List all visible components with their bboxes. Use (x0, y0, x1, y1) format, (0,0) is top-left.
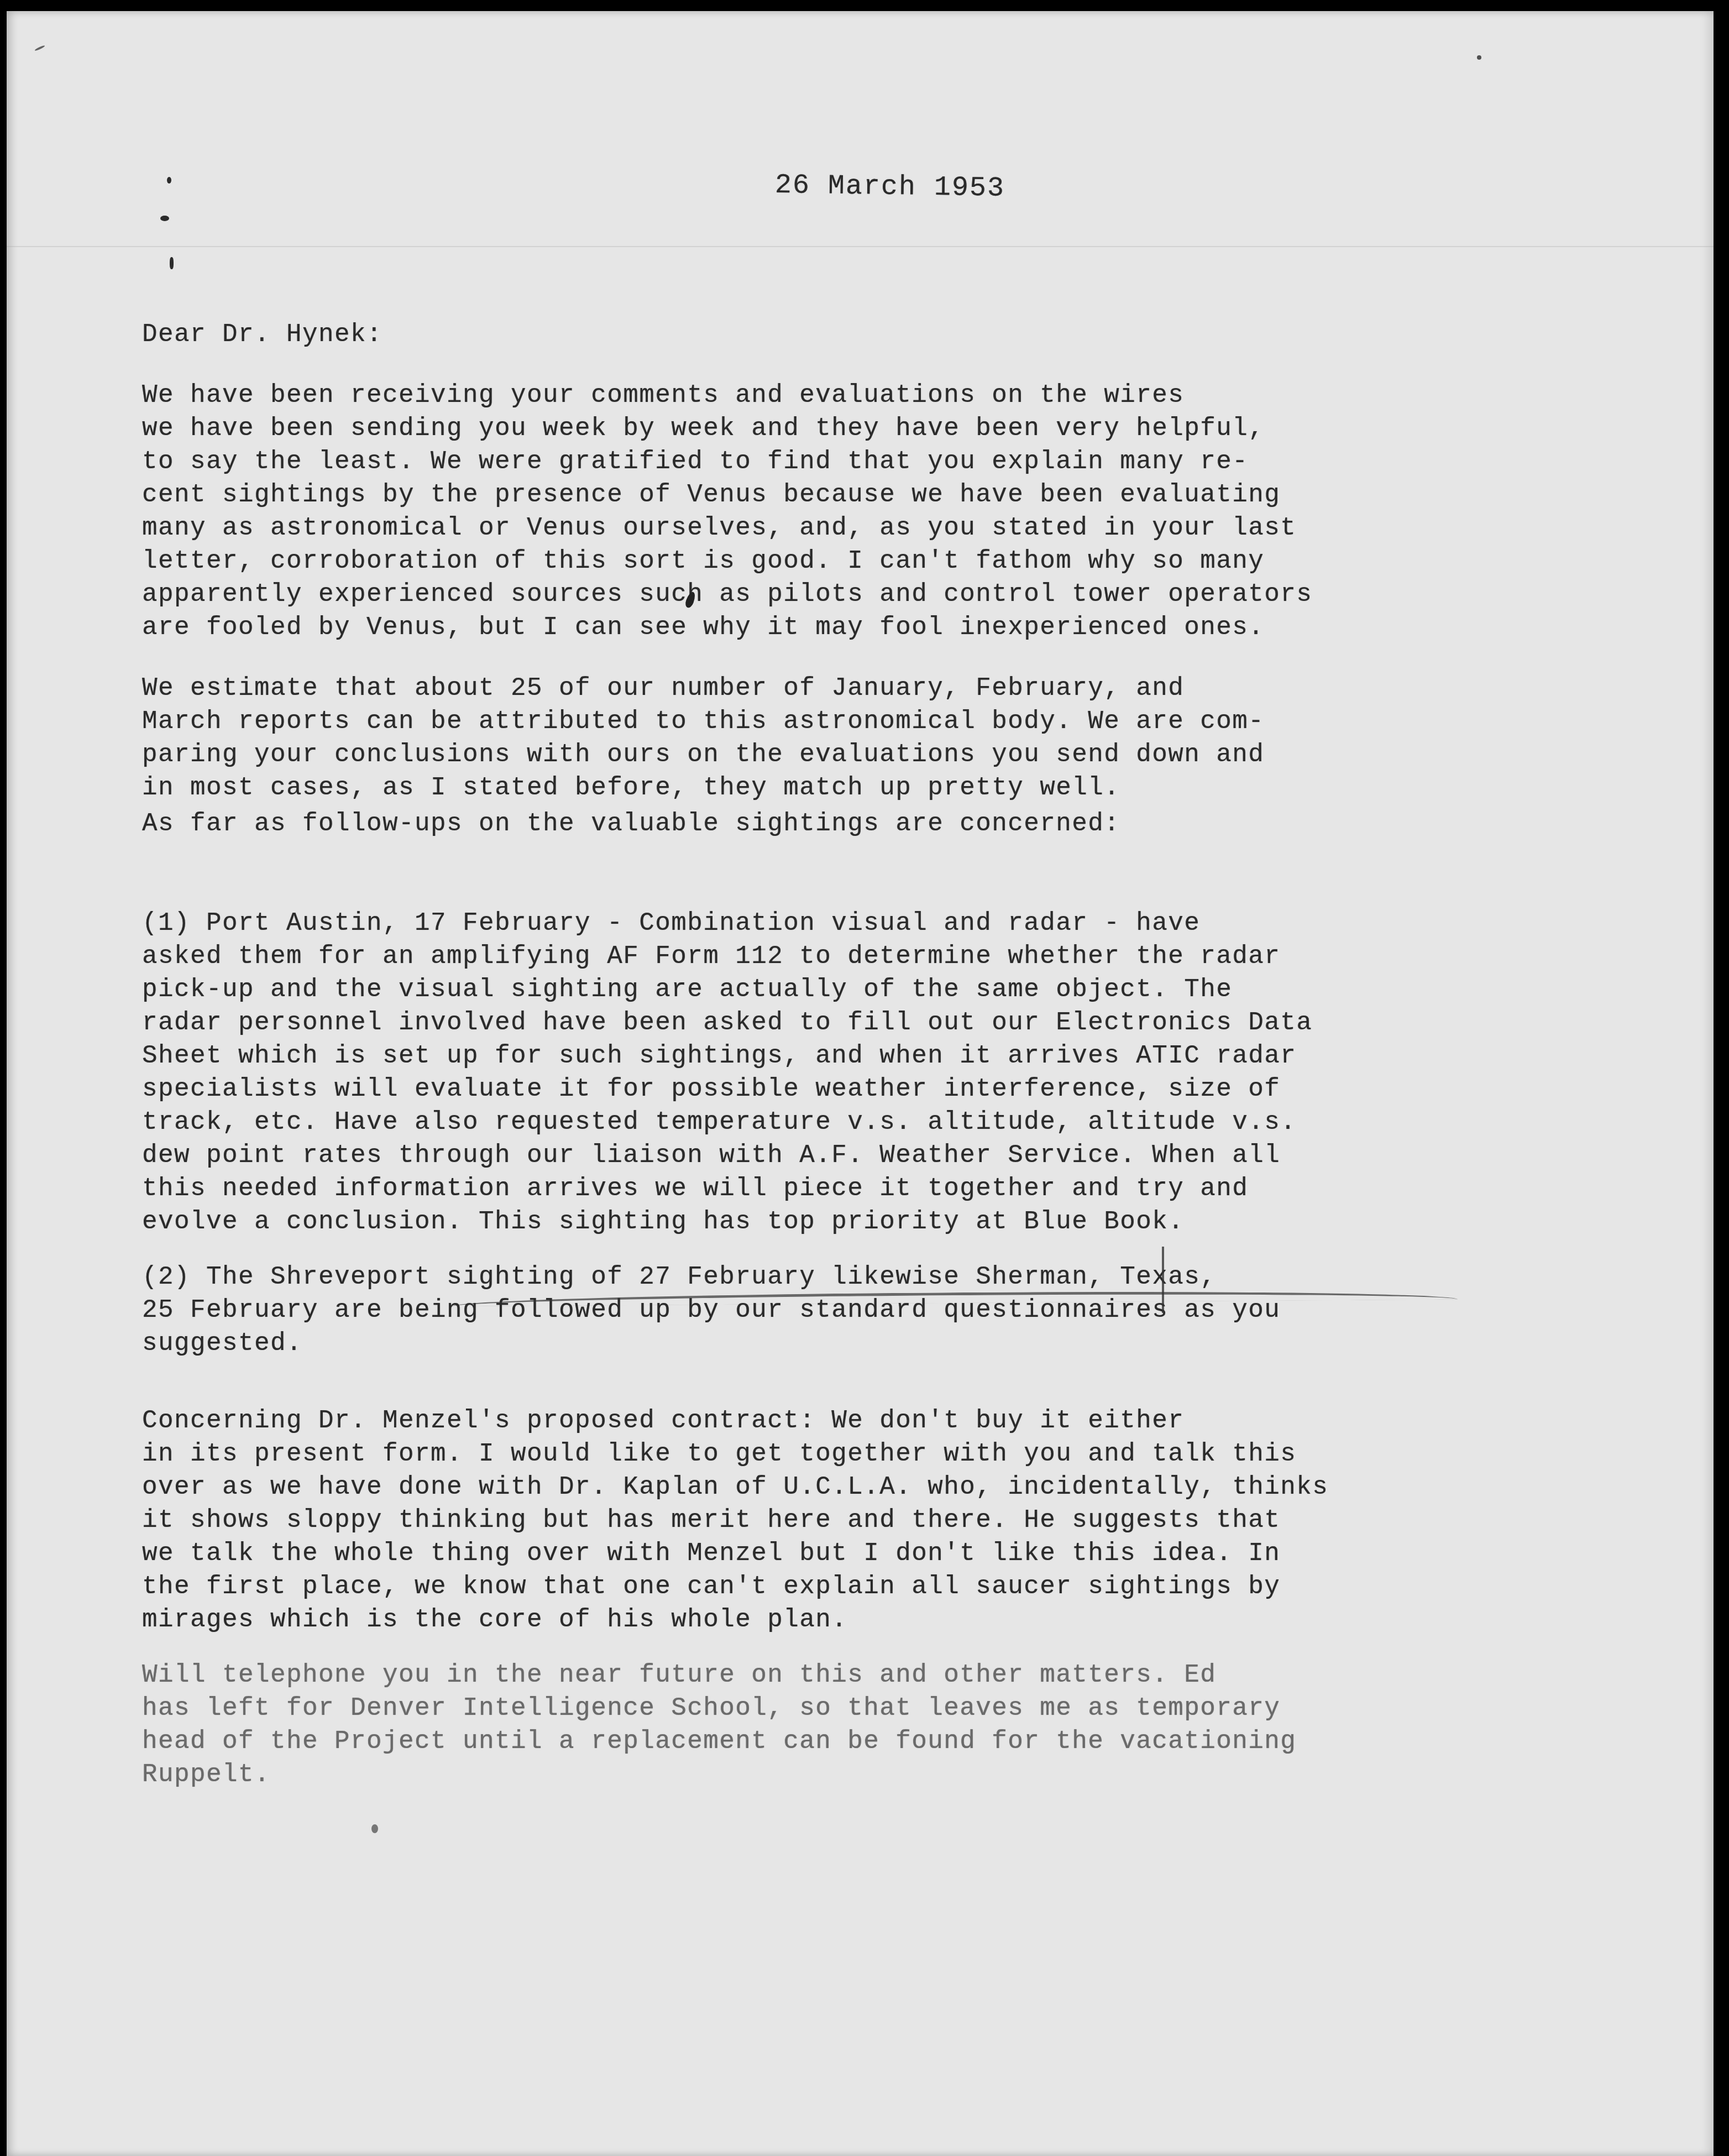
stray-ink-mark (160, 216, 169, 221)
stray-ink-mark (34, 45, 45, 51)
stray-ink-mark (167, 177, 171, 184)
letter-date: 26 March 1953 (775, 170, 1005, 205)
scanned-page: 26 March 1953 Dear Dr. Hynek: We have be… (7, 11, 1714, 2156)
paragraph-follow-ups-intro: As far as follow-ups on the valuable sig… (142, 807, 1413, 840)
handwritten-insert-mark (1162, 1247, 1164, 1313)
paragraph-estimate: We estimate that about 25 of our number … (142, 672, 1413, 804)
paragraph-closing: Will telephone you in the near future on… (142, 1658, 1413, 1791)
stray-ink-mark (170, 257, 174, 269)
paragraph-item-port-austin: (1) Port Austin, 17 February - Combinati… (142, 907, 1413, 1238)
paragraph-item-shreveport: (2) The Shreveport sighting of 27 Februa… (142, 1260, 1413, 1360)
paragraph-menzel-contract: Concerning Dr. Menzel's proposed contrac… (142, 1404, 1413, 1636)
stray-ink-mark (371, 1824, 378, 1833)
salutation: Dear Dr. Hynek: (142, 318, 383, 351)
stray-ink-mark (1477, 55, 1481, 60)
paragraph-venus-evaluations: We have been receiving your comments and… (142, 379, 1413, 644)
